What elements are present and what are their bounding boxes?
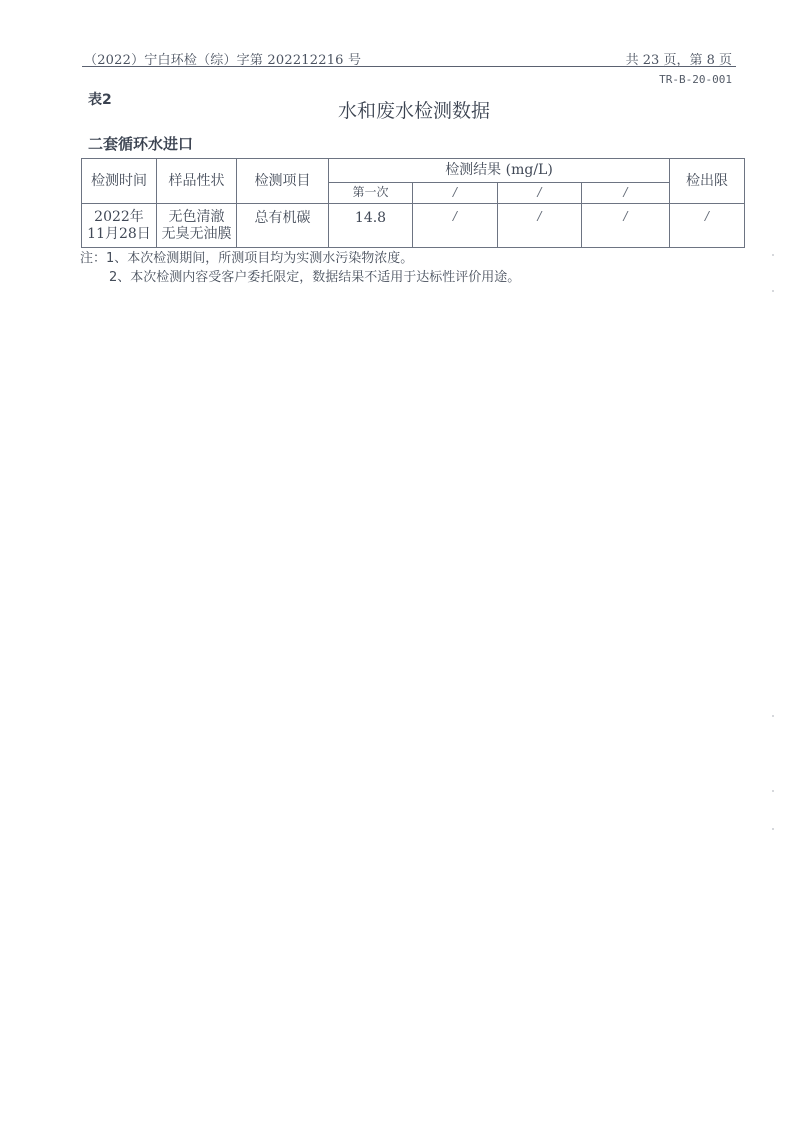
note-1: 注：1、本次检测期间，所测项目均为实测水污染物浓度。: [80, 249, 520, 268]
header-row: 检测时间 样品性状 检测项目 检测结果 (mg/L) 检出限: [82, 159, 745, 183]
cell-item: 总有机碳: [237, 204, 329, 248]
header-results: 检测结果 (mg/L): [329, 159, 670, 183]
header-time: 检测时间: [82, 159, 157, 204]
sample-desc-2: 无臭无油膜: [157, 226, 236, 242]
header-item: 检测项目: [237, 159, 329, 204]
sample-desc-1: 无色清澈: [157, 209, 236, 225]
cell-result-1: 14.8: [329, 204, 413, 248]
scan-speck: [772, 290, 774, 292]
time-date-year: 2022年: [82, 209, 156, 225]
cell-limit: /: [670, 204, 745, 248]
subheader-2: /: [413, 183, 498, 204]
section-heading: 二套循环水进口: [88, 133, 193, 154]
notes: 注：1、本次检测期间，所测项目均为实测水污染物浓度。 2、本次检测内容受客户委托…: [80, 249, 520, 287]
subheader-3: /: [498, 183, 582, 204]
cell-sample: 无色清澈 无臭无油膜: [157, 204, 237, 248]
scan-speck: [772, 715, 774, 717]
subheader-4: /: [582, 183, 670, 204]
cell-time: 2022年 11月28日: [82, 204, 157, 248]
header-rule: [82, 66, 736, 67]
note-2: 2、本次检测内容受客户委托限定，数据结果不适用于达标性评价用途。: [80, 268, 520, 287]
scan-speck: [772, 828, 774, 830]
header-sample: 样品性状: [157, 159, 237, 204]
cell-result-2: /: [413, 204, 498, 248]
time-date-day: 11月28日: [82, 226, 156, 242]
scan-speck: [772, 254, 774, 256]
page-title: 水和废水检测数据: [0, 96, 794, 123]
cell-result-4: /: [582, 204, 670, 248]
table-row: 2022年 11月28日 无色清澈 无臭无油膜 总有机碳 14.8 / / / …: [82, 204, 745, 248]
header-limit: 检出限: [670, 159, 745, 204]
form-code: TR-B-20-001: [659, 73, 732, 86]
scan-speck: [772, 790, 774, 792]
subheader-1: 第一次: [329, 183, 413, 204]
cell-result-3: /: [498, 204, 582, 248]
results-table: 检测时间 样品性状 检测项目 检测结果 (mg/L) 检出限 第一次 / / /…: [81, 158, 745, 248]
